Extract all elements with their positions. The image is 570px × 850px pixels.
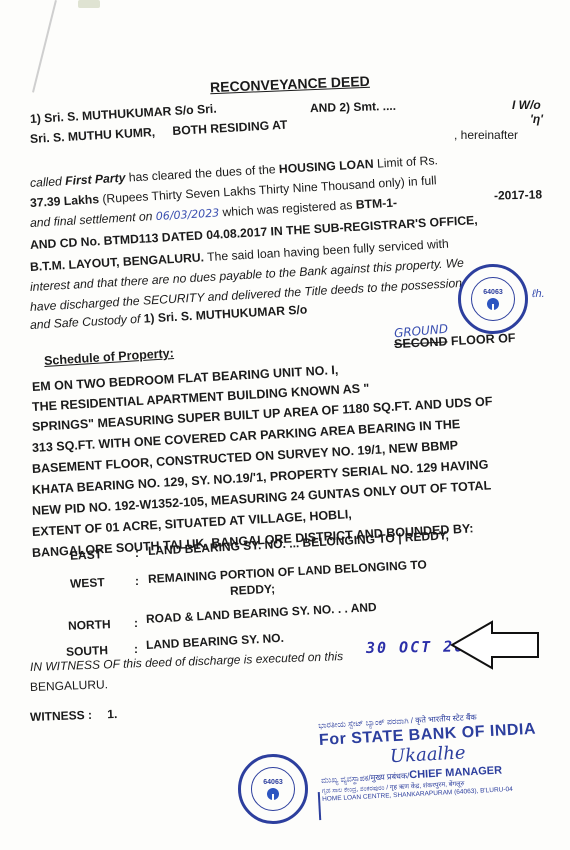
initials-scribble: ℓh. — [532, 288, 545, 300]
boundary-south-colon: : — [134, 642, 138, 656]
struck-word: SECOND — [394, 334, 448, 351]
witness-label: WITNESS : 1. — [30, 707, 118, 724]
hereinafter-text: , hereinafter — [454, 128, 518, 142]
page-edge — [32, 0, 57, 93]
handwritten-settlement-date: 06/03/2023 — [155, 206, 219, 223]
text: Lakhs — [60, 192, 99, 208]
text: and final settlement on — [30, 209, 157, 230]
registration-number: BTM-1- — [355, 195, 397, 211]
text: FLOOR OF — [451, 331, 516, 348]
schedule-heading: Schedule of Property: — [44, 346, 175, 368]
seal-branch-code: 64063 — [483, 289, 502, 296]
bank-seal-top: 64063 — [458, 264, 528, 334]
loan-amount: 37.39 — [30, 194, 61, 210]
left-arrow-icon — [450, 620, 542, 670]
boundary-south-value: LAND BEARING SY. NO. — [146, 631, 285, 652]
bank-signature-block: ಭಾರತೀಯ ಸ್ಟೇಟ್ ಬ್ಯಾಂಕ್ ಪರವಾಗಿ / कृते भारत… — [318, 707, 562, 802]
boundary-north-label: NORTH — [68, 617, 111, 633]
document-title: RECONVEYANCE DEED — [210, 73, 370, 95]
loan-type: HOUSING LOAN — [279, 157, 374, 176]
sbi-logo-icon — [267, 788, 279, 800]
party-2-label: AND 2) Smt. .... — [310, 99, 396, 115]
bank-seal-bottom: 64063 — [238, 754, 308, 824]
party-2-mark: 'η' — [530, 112, 543, 126]
text: WITNESS : — [30, 708, 92, 724]
registration-year: -2017-18 — [494, 187, 542, 202]
seal-center: 64063 — [251, 767, 295, 811]
boundary-north-colon: : — [134, 616, 138, 630]
residing-at-label: BOTH RESIDING AT — [172, 118, 288, 138]
text: which was registered as — [219, 198, 356, 220]
stamp-border — [318, 792, 321, 820]
page-clip — [78, 0, 100, 8]
sbi-logo-icon — [487, 298, 499, 310]
party-1-alias: Sri. S. MUTHU KUMR, — [30, 125, 156, 146]
boundary-west-value-2: REDDY; — [230, 582, 276, 598]
boundary-east-colon: : — [135, 546, 139, 560]
boundary-north-value: ROAD & LAND BEARING SY. NO. . . AND — [146, 600, 377, 626]
boundary-west-value: REMAINING PORTION OF LAND BELONGING TO — [148, 557, 427, 586]
text: Limit of Rs. — [373, 153, 438, 171]
execution-place: BENGALURU. — [30, 677, 108, 694]
seal-branch-code: 64063 — [263, 779, 282, 786]
witness-number: 1. — [107, 707, 117, 721]
boundary-west-colon: : — [135, 574, 139, 588]
text: called — [30, 174, 66, 190]
first-party-label: First Party — [65, 171, 126, 188]
boundary-east-label: EAST — [70, 547, 103, 562]
text: and Safe Custody of — [30, 312, 144, 332]
seal-center: 64063 — [471, 277, 515, 321]
text: has cleared the dues of the — [125, 162, 279, 185]
office-location: B.T.M. LAYOUT, BENGALURU. — [30, 250, 205, 274]
boundary-west-label: WEST — [70, 575, 105, 590]
party-2-relation: I W/o — [512, 98, 541, 112]
